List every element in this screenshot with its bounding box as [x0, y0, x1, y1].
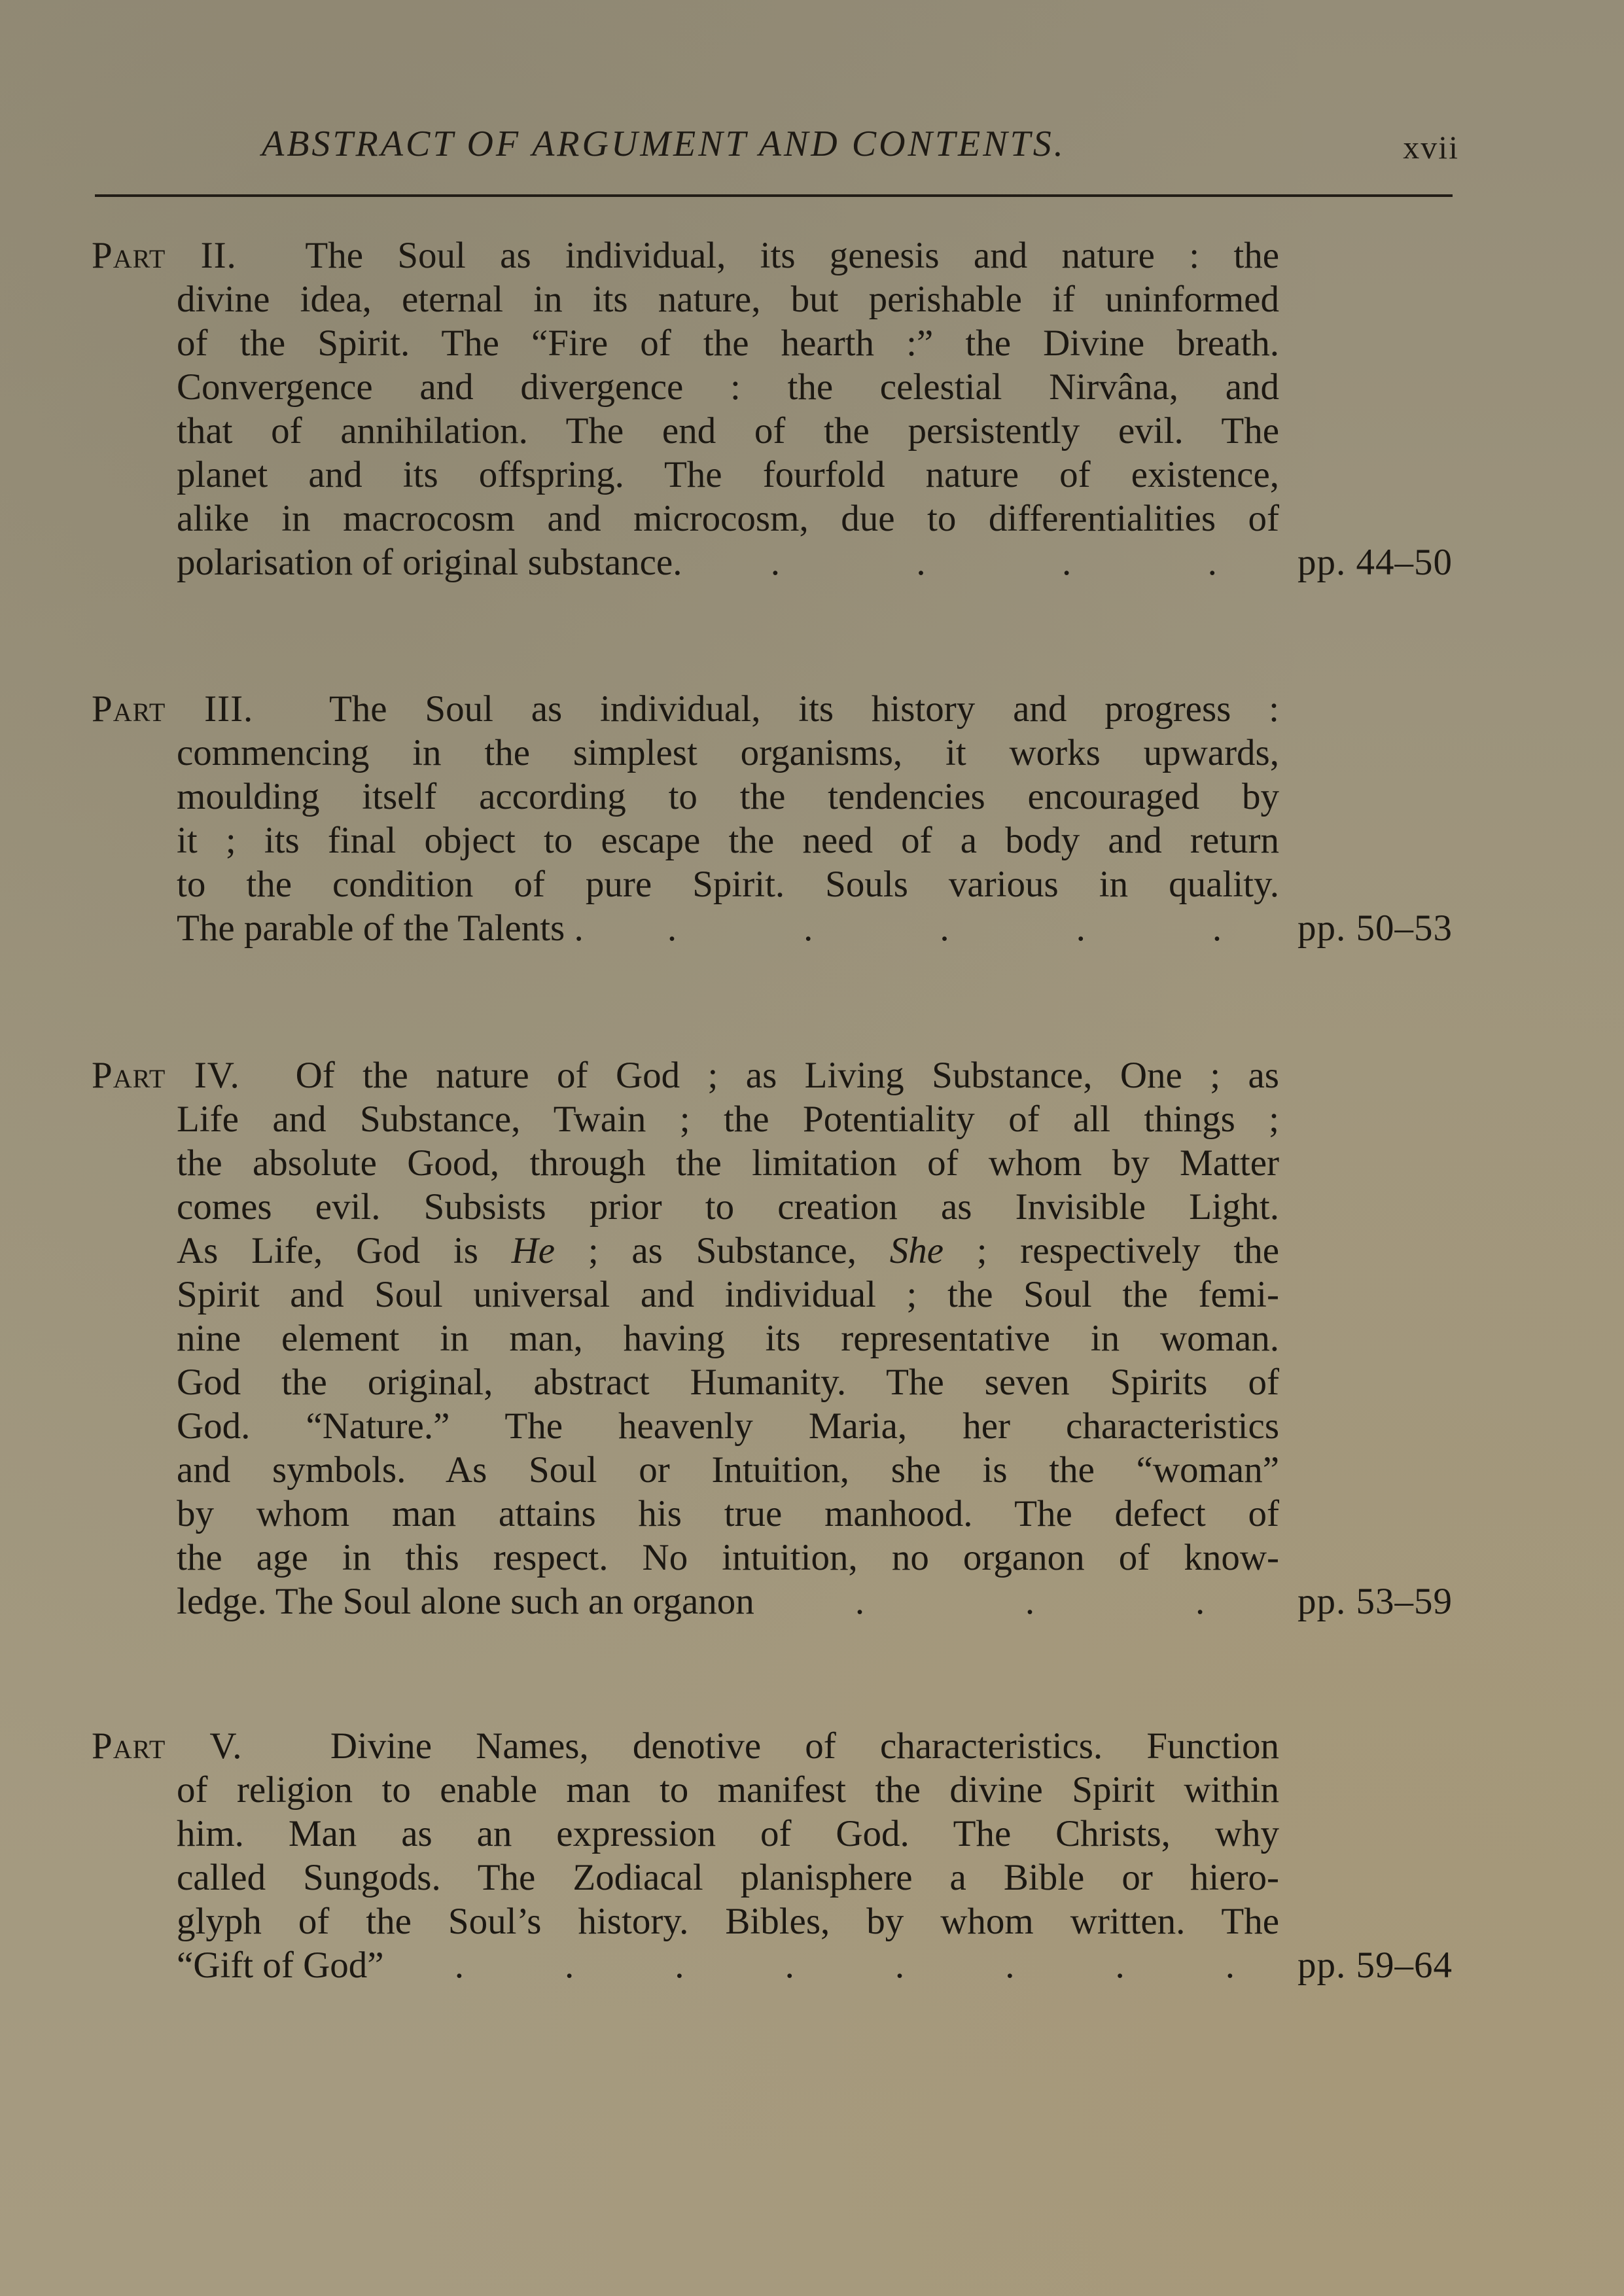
- part-label: Part III.: [92, 688, 253, 730]
- entry-line: the age in this respect. No intuition, n…: [92, 1536, 1453, 1580]
- entry-line: Convergence and divergence : the celesti…: [92, 365, 1453, 409]
- entry-line: of the Spirit. The “Fire of the hearth :…: [92, 321, 1453, 365]
- entry-line-with-italics: As Life, God is He ; as Substance, She ;…: [92, 1229, 1453, 1273]
- running-head: ABSTRACT OF ARGUMENT AND CONTENTS. xvii: [262, 123, 1459, 175]
- entry-line: him. Man as an expression of God. The Ch…: [92, 1812, 1453, 1856]
- entry-line: it ; its final object to escape the need…: [92, 819, 1453, 862]
- running-title: ABSTRACT OF ARGUMENT AND CONTENTS.: [262, 123, 1066, 165]
- entry-line: of religion to enable man to manifest th…: [92, 1768, 1453, 1812]
- page-range: pp. 50–53: [1297, 906, 1453, 950]
- entry-line: nine element in man, having its represen…: [92, 1316, 1453, 1360]
- dot-leaders: ....: [682, 540, 1297, 584]
- entry-line: Part II. The Soul as individual, its gen…: [92, 234, 1453, 277]
- part-label: Part II.: [92, 235, 237, 276]
- book-page: ABSTRACT OF ARGUMENT AND CONTENTS. xvii …: [0, 0, 1624, 2296]
- entry-line: alike in macrocosm and microcosm, due to…: [92, 497, 1453, 540]
- entry-final-line: polarisation of original substance. ....…: [92, 540, 1453, 584]
- part-ii-entry: Part II. The Soul as individual, its gen…: [92, 234, 1453, 584]
- page-range: pp. 53–59: [1297, 1580, 1453, 1623]
- entry-line: planet and its offspring. The fourfold n…: [92, 453, 1453, 497]
- part-label: Part IV.: [92, 1055, 240, 1096]
- dot-leaders: .....: [584, 906, 1297, 950]
- entry-line: Part III. The Soul as individual, its hi…: [92, 687, 1453, 731]
- entry-line: the absolute Good, through the limitatio…: [92, 1141, 1453, 1185]
- italic-word: He: [512, 1230, 555, 1271]
- header-rule: [95, 194, 1453, 197]
- entry-line: God the original, abstract Humanity. The…: [92, 1360, 1453, 1404]
- entry-final-line: “Gift of God” ........ pp. 59–64: [92, 1943, 1453, 1987]
- entry-line: glyph of the Soul’s history. Bibles, by …: [92, 1899, 1453, 1943]
- entry-line: to the condition of pure Spirit. Souls v…: [92, 862, 1453, 906]
- entry-line: Spirit and Soul universal and individual…: [92, 1273, 1453, 1316]
- entry-line: God. “Nature.” The heavenly Maria, her c…: [92, 1404, 1453, 1448]
- dot-leaders: ........: [384, 1943, 1297, 1987]
- entry-line: comes evil. Subsists prior to creation a…: [92, 1185, 1453, 1229]
- dot-leaders: ...: [754, 1580, 1297, 1623]
- page-range: pp. 59–64: [1297, 1943, 1453, 1987]
- entry-final-line: ledge. The Soul alone such an organon ..…: [92, 1580, 1453, 1623]
- italic-word: She: [890, 1230, 944, 1271]
- part-iv-entry: Part IV. Of the nature of God ; as Livin…: [92, 1053, 1453, 1623]
- entry-line: moulding itself according to the tendenc…: [92, 775, 1453, 819]
- entry-line: commencing in the simplest organisms, it…: [92, 731, 1453, 775]
- entry-line: Part V. Divine Names, denotive of charac…: [92, 1724, 1453, 1768]
- page-number: xvii: [1403, 128, 1459, 166]
- entry-final-line: The parable of the Talents . ..... pp. 5…: [92, 906, 1453, 950]
- entry-line: Part IV. Of the nature of God ; as Livin…: [92, 1053, 1453, 1097]
- entry-line: by whom man attains his true manhood. Th…: [92, 1492, 1453, 1536]
- page-range: pp. 44–50: [1297, 540, 1453, 584]
- part-v-entry: Part V. Divine Names, denotive of charac…: [92, 1724, 1453, 1987]
- entry-line: called Sungods. The Zodiacal planisphere…: [92, 1856, 1453, 1899]
- entry-line: that of annihilation. The end of the per…: [92, 409, 1453, 453]
- entry-line: and symbols. As Soul or Intuition, she i…: [92, 1448, 1453, 1492]
- entry-line: Life and Substance, Twain ; the Potentia…: [92, 1097, 1453, 1141]
- entry-line: divine idea, eternal in its nature, but …: [92, 277, 1453, 321]
- part-iii-entry: Part III. The Soul as individual, its hi…: [92, 687, 1453, 950]
- part-label: Part V.: [92, 1725, 243, 1767]
